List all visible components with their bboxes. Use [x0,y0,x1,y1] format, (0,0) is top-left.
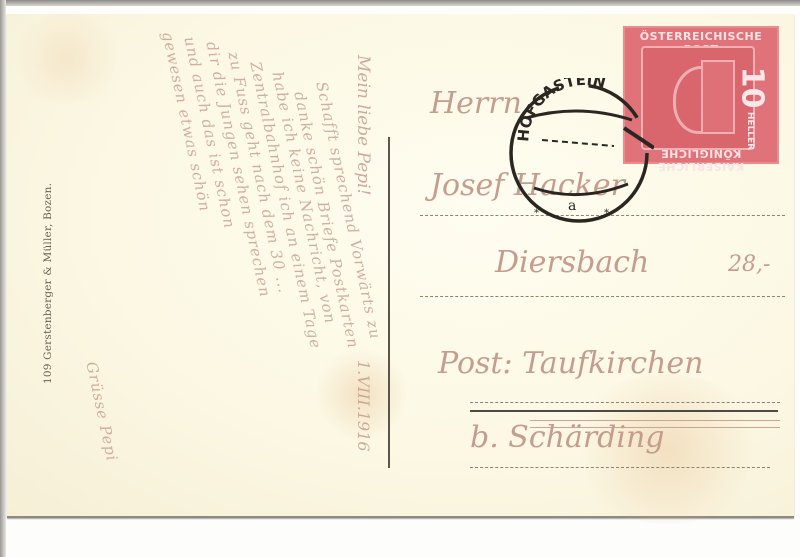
address-line [470,402,780,403]
stamp-unit: HELLER [745,112,755,150]
message-signature: Grüsse Pepi [82,360,121,463]
handwritten-message: Schafft sprechend Vorwärts zu danke schö… [60,30,390,510]
svg-text:*: * [604,208,609,219]
postmark-cancel: * * HOFGASTEIN a [504,78,654,228]
scan-edge [0,0,800,6]
divider-line [388,137,390,468]
address-district: b. Schärding [470,420,665,455]
svg-text:*: * [534,208,539,219]
publisher-imprint: 109 Gerstenberger & Müller, Bozen. [42,183,54,384]
scan-edge [0,0,6,557]
postmark-ring-icon: * * HOFGASTEIN [504,78,654,228]
address-line [420,296,785,297]
address-post-office: Post: Taufkirchen [438,346,703,381]
crest-icon [701,60,735,134]
message-greeting: Mein liebe Pepi! [353,55,373,195]
postmark-letter: a [568,198,576,214]
address-note: 28,- [728,252,770,277]
stamp-bottom-text: KAISERLICHE KÖNIGLICHE [635,147,767,173]
address-underline [470,410,778,412]
address-place: Diersbach [495,245,649,280]
address-line [470,467,770,468]
message-date: 1.VIII.1916 [354,360,373,452]
stamp-value: 10 [735,67,770,109]
